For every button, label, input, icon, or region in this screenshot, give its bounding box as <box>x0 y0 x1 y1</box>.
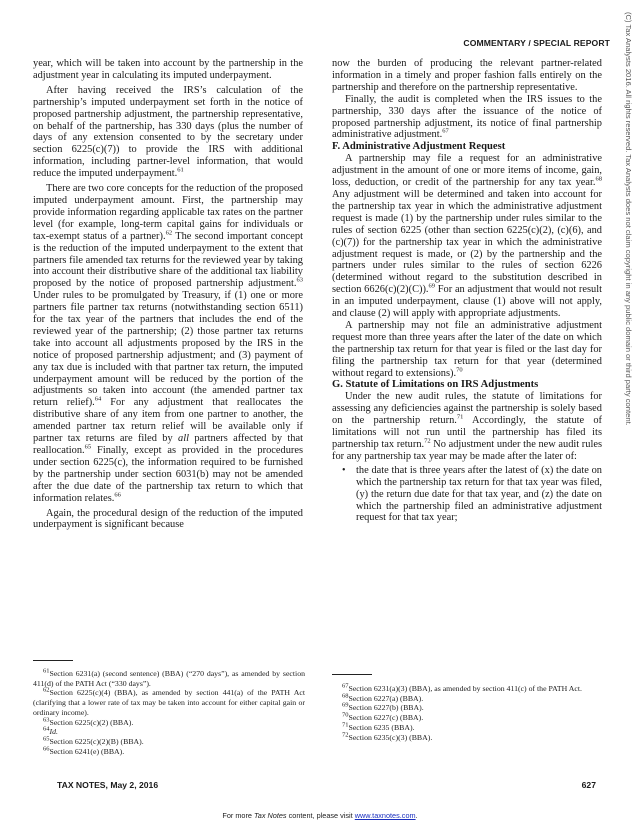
paragraph: There are two core concepts for the redu… <box>33 183 303 504</box>
paragraph: year, which will be taken into account b… <box>33 58 303 82</box>
footnote: 69Section 6227(b) (BBA). <box>332 703 604 713</box>
footnote-rule <box>332 674 372 675</box>
running-head: COMMENTARY / SPECIAL REPORT <box>463 38 610 48</box>
paragraph: A partnership may file a request for an … <box>332 153 602 320</box>
bullet-icon: • <box>342 465 356 525</box>
copyright-text: (C) Tax Analysts 2016. All rights reserv… <box>624 12 633 426</box>
footnote: 70Section 6227(c) (BBA). <box>332 713 604 723</box>
right-column: now the burden of producing the relevant… <box>332 58 602 524</box>
footnote: 67Section 6231(a)(3) (BBA), as amended b… <box>332 684 604 694</box>
footnote: 63Section 6225(c)(2) (BBA). <box>33 718 305 728</box>
paragraph: Finally, the audit is completed when the… <box>332 94 602 142</box>
footnote: 71Section 6235 (BBA). <box>332 723 604 733</box>
footnote: 61Section 6231(a) (second sentence) (BBA… <box>33 669 305 688</box>
footnote: 66Section 6241(e) (BBA). <box>33 747 305 757</box>
footnote: 62Section 6225(c)(4) (BBA), as amended b… <box>33 688 305 717</box>
footnotes-left: 61Section 6231(a) (second sentence) (BBA… <box>33 669 305 756</box>
bullet-item: • the date that is three years after the… <box>332 465 602 525</box>
footer-disclaimer: For more Tax Notes content, please visit… <box>0 811 640 820</box>
left-column: year, which will be taken into account b… <box>33 58 303 531</box>
paragraph: Under the new audit rules, the statute o… <box>332 391 602 462</box>
footnotes-right: 67Section 6231(a)(3) (BBA), as amended b… <box>332 684 604 742</box>
page-number: 627 <box>582 780 596 790</box>
footnote-ref[interactable]: 70 <box>456 366 463 373</box>
paragraph: A partnership may not file an administra… <box>332 320 602 380</box>
paragraph: now the burden of producing the relevant… <box>332 58 602 94</box>
publication-footer: TAX NOTES, May 2, 2016 <box>57 780 158 790</box>
footnote-ref[interactable]: 67 <box>442 128 449 135</box>
taxnotes-link[interactable]: www.taxnotes.com <box>355 811 416 820</box>
footnote-ref[interactable]: 66 <box>114 491 121 498</box>
paragraph: Again, the procedural design of the redu… <box>33 508 303 532</box>
footnote: 65Section 6225(c)(2)(B) (BBA). <box>33 737 305 747</box>
footnote-ref[interactable]: 61 <box>177 167 184 174</box>
paragraph: After having received the IRS’s calculat… <box>33 85 303 180</box>
section-heading-g: G. Statute of Limitations on IRS Adjustm… <box>332 379 602 391</box>
section-heading-f: F. Administrative Adjustment Request <box>332 141 602 153</box>
footnote-ref[interactable]: 68 <box>596 176 603 183</box>
footnote: 64Id. <box>33 727 305 737</box>
footnote: 72Section 6235(c)(3) (BBA). <box>332 733 604 743</box>
footnote-rule <box>33 660 73 661</box>
footnote: 68Section 6227(a) (BBA). <box>332 694 604 704</box>
footnote-ref[interactable]: 63 <box>297 277 304 284</box>
copyright-side-note: (C) Tax Analysts 2016. All rights reserv… <box>623 12 633 487</box>
